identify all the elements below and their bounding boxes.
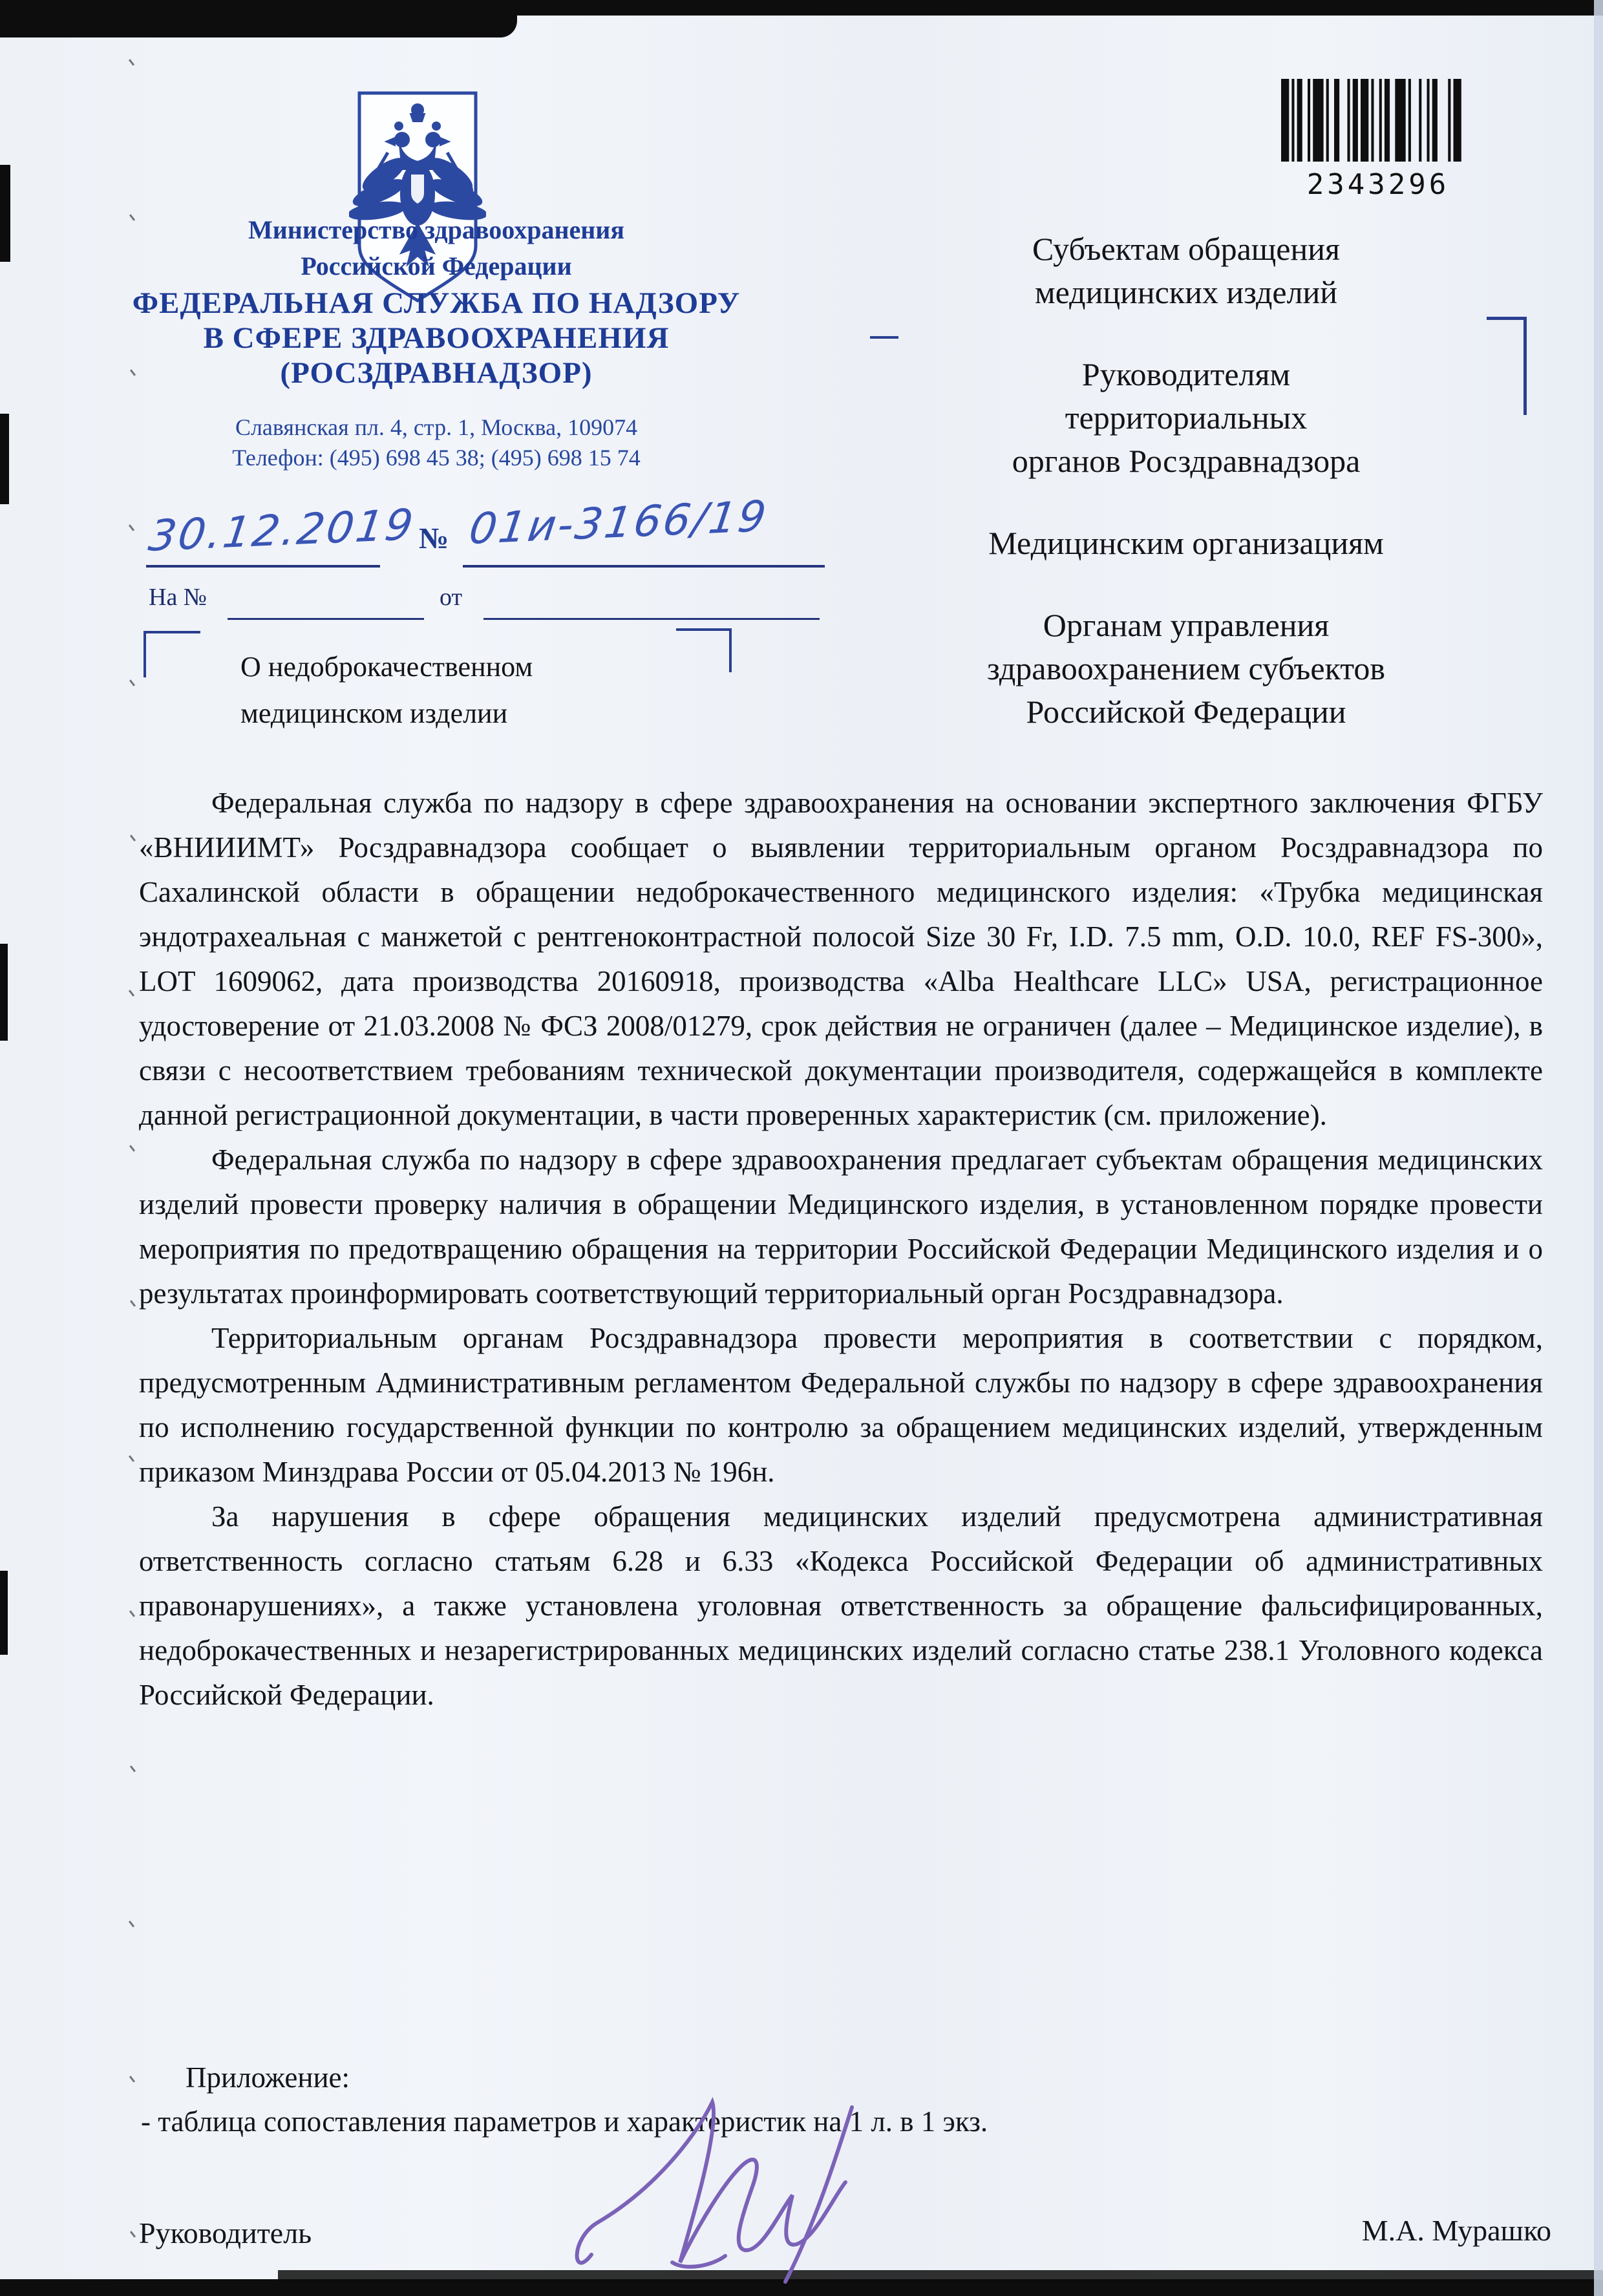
agency-address-block: Славянская пл. 4, стр. 1, Москва, 109074…	[110, 412, 763, 473]
signer-title: Руководитель	[139, 2216, 312, 2250]
reply-number-blank	[228, 618, 424, 620]
scan-edge-left-3	[0, 944, 8, 1041]
scan-tick-mark	[129, 1145, 135, 1152]
recipient-group-1: Субъектам обращения медицинских изделий	[860, 228, 1513, 314]
agency-line2: В СФЕРЕ ЗДРАВООХРАНЕНИЯ	[110, 321, 763, 356]
recipient-line: территориальных	[860, 396, 1513, 440]
subject-block: О недоброкачественном медицинском издели…	[240, 644, 732, 737]
barcode: 2343296	[1281, 79, 1475, 199]
ministry-name: Министерство здравоохранения Российской …	[110, 212, 763, 284]
scan-tick-mark	[129, 2076, 135, 2083]
recipient-group-2: Руководителям территориальных органов Ро…	[860, 353, 1513, 483]
number-underline	[463, 565, 825, 568]
scanned-letter-page: Министерство здравоохранения Российской …	[0, 0, 1603, 2296]
handwritten-date: 30.12.2019	[146, 500, 418, 561]
scan-edge-left-2	[0, 414, 9, 504]
scan-edge-left-1	[0, 165, 10, 262]
reply-date-blank	[483, 618, 820, 620]
scan-tick-mark	[129, 524, 134, 531]
scan-tick-mark	[130, 1300, 136, 1307]
recipient-line: органов Росздравнадзора	[860, 440, 1513, 483]
agency-line3: (РОСЗДРАВНАДЗОР)	[110, 356, 763, 390]
recipient-line: Органам управления	[860, 604, 1513, 647]
scan-tick-mark	[129, 679, 135, 686]
recipients-block: Субъектам обращения медицинских изделий …	[860, 228, 1513, 772]
subject-bracket-left-top	[143, 631, 200, 633]
scan-tick-mark	[130, 2231, 136, 2238]
scan-tick-mark	[129, 1610, 135, 1617]
ministry-line2: Российской Федерации	[110, 248, 763, 284]
agency-phone: Телефон: (495) 698 45 38; (495) 698 15 7…	[110, 443, 763, 473]
body-paragraph-3: Территориальным органам Росздравнадзора …	[139, 1316, 1543, 1494]
agency-address: Славянская пл. 4, стр. 1, Москва, 109074	[110, 412, 763, 443]
recipient-line: Российской Федерации	[860, 690, 1513, 734]
scan-edge-left-4	[0, 1571, 8, 1655]
subject-bracket-right-top	[676, 628, 732, 631]
subject-line2: медицинском изделии	[240, 690, 732, 737]
scan-tick-mark	[130, 1765, 136, 1772]
agency-name: ФЕДЕРАЛЬНАЯ СЛУЖБА ПО НАДЗОРУ В СФЕРЕ ЗД…	[110, 286, 763, 390]
barcode-number: 2343296	[1281, 168, 1475, 201]
subject-bracket-left-side	[143, 631, 146, 677]
subject-line1: О недоброкачественном	[240, 644, 732, 690]
reply-from-label: от	[440, 583, 462, 611]
scan-edge-bottom-2	[278, 2270, 1603, 2282]
scan-tick-mark	[130, 834, 136, 842]
letter-body: Федеральная служба по надзору в сфере зд…	[139, 781, 1543, 1717]
recipient-line: Субъектам обращения	[860, 228, 1513, 271]
recipient-line: Руководителям	[860, 353, 1513, 396]
scan-tick-mark	[129, 990, 134, 997]
ministry-line1: Министерство здравоохранения	[110, 212, 763, 248]
barcode-bars-icon	[1281, 79, 1475, 163]
reply-to-label: На №	[149, 583, 207, 611]
scan-edge-top-left	[0, 0, 517, 37]
recipient-bracket-side	[1523, 317, 1527, 415]
scan-tick-mark	[129, 1455, 134, 1462]
scan-tick-mark	[129, 59, 134, 66]
number-sign: №	[419, 521, 449, 555]
date-underline	[146, 565, 380, 568]
scan-tick-mark	[129, 1920, 134, 1928]
scan-edge-right-tint	[1594, 0, 1603, 2296]
attachment-label: Приложение:	[186, 2061, 350, 2094]
recipient-group-3: Медицинским организациям	[860, 522, 1513, 565]
recipient-line: здравоохранением субъектов	[860, 647, 1513, 690]
body-paragraph-4: За нарушения в сфере обращения медицинск…	[139, 1494, 1543, 1717]
handwritten-signature	[562, 2093, 937, 2293]
recipient-group-4: Органам управления здравоохранением субъ…	[860, 604, 1513, 734]
handwritten-outgoing-number: 01и-3166/19	[466, 491, 770, 554]
body-paragraph-2: Федеральная служба по надзору в сфере зд…	[139, 1138, 1543, 1316]
recipient-line: Медицинским организациям	[860, 522, 1513, 565]
body-paragraph-1: Федеральная служба по надзору в сфере зд…	[139, 781, 1543, 1138]
recipient-line: медицинских изделий	[860, 271, 1513, 314]
agency-line1: ФЕДЕРАЛЬНАЯ СЛУЖБА ПО НАДЗОРУ	[110, 286, 763, 321]
signer-name: М.А. Мурашко	[1254, 2213, 1551, 2248]
